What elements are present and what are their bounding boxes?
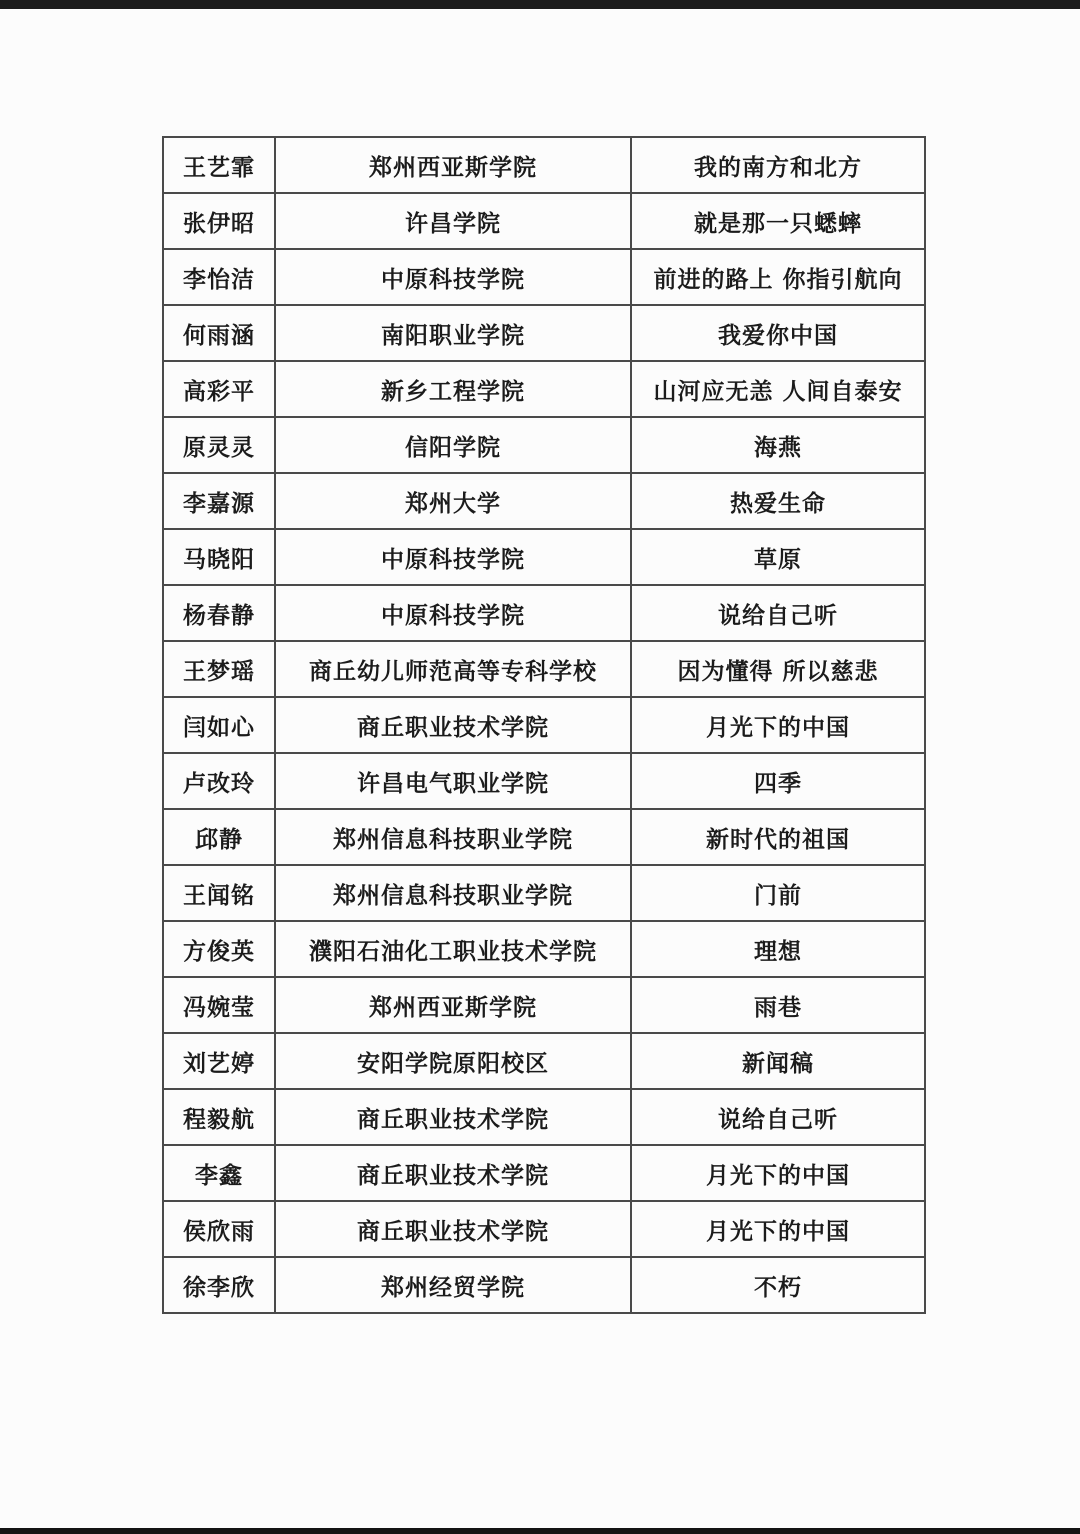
table-row: 高彩平新乡工程学院山河应无恙 人间自泰安: [163, 361, 925, 417]
cell-school: 郑州信息科技职业学院: [275, 809, 631, 865]
cell-contestant-name: 李怡洁: [163, 249, 275, 305]
cell-work-title: 就是那一只蟋蟀: [631, 193, 925, 249]
cell-contestant-name: 杨春静: [163, 585, 275, 641]
table-row: 李鑫商丘职业技术学院月光下的中国: [163, 1145, 925, 1201]
cell-work-title: 四季: [631, 753, 925, 809]
cell-work-title: 不朽: [631, 1257, 925, 1313]
cell-school: 新乡工程学院: [275, 361, 631, 417]
cell-work-title: 新时代的祖国: [631, 809, 925, 865]
cell-contestant-name: 张伊昭: [163, 193, 275, 249]
cell-work-title: 因为懂得 所以慈悲: [631, 641, 925, 697]
cell-contestant-name: 方俊英: [163, 921, 275, 977]
table-row: 王闻铭郑州信息科技职业学院门前: [163, 865, 925, 921]
cell-school: 南阳职业学院: [275, 305, 631, 361]
table-row: 原灵灵信阳学院海燕: [163, 417, 925, 473]
table-row: 邱静郑州信息科技职业学院新时代的祖国: [163, 809, 925, 865]
cell-school: 郑州经贸学院: [275, 1257, 631, 1313]
cell-contestant-name: 马晓阳: [163, 529, 275, 585]
cell-contestant-name: 王艺霏: [163, 137, 275, 193]
cell-school: 中原科技学院: [275, 585, 631, 641]
cell-school: 中原科技学院: [275, 529, 631, 585]
cell-contestant-name: 李嘉源: [163, 473, 275, 529]
cell-contestant-name: 冯婉莹: [163, 977, 275, 1033]
table-row: 李怡洁中原科技学院前进的路上 你指引航向: [163, 249, 925, 305]
cell-work-title: 草原: [631, 529, 925, 585]
cell-school: 许昌学院: [275, 193, 631, 249]
cell-contestant-name: 程毅航: [163, 1089, 275, 1145]
cell-contestant-name: 原灵灵: [163, 417, 275, 473]
cell-school: 商丘幼儿师范高等专科学校: [275, 641, 631, 697]
table-row: 卢改玲许昌电气职业学院四季: [163, 753, 925, 809]
cell-school: 郑州大学: [275, 473, 631, 529]
cell-school: 许昌电气职业学院: [275, 753, 631, 809]
cell-school: 郑州西亚斯学院: [275, 977, 631, 1033]
cell-work-title: 我的南方和北方: [631, 137, 925, 193]
cell-contestant-name: 侯欣雨: [163, 1201, 275, 1257]
document-page: 王艺霏郑州西亚斯学院我的南方和北方张伊昭许昌学院就是那一只蟋蟀李怡洁中原科技学院…: [0, 0, 1080, 1534]
cell-school: 商丘职业技术学院: [275, 1145, 631, 1201]
cell-work-title: 海燕: [631, 417, 925, 473]
cell-contestant-name: 邱静: [163, 809, 275, 865]
cell-work-title: 山河应无恙 人间自泰安: [631, 361, 925, 417]
cell-school: 濮阳石油化工职业技术学院: [275, 921, 631, 977]
bottom-letterbox-bar: [0, 1528, 1080, 1534]
cell-contestant-name: 高彩平: [163, 361, 275, 417]
cell-contestant-name: 何雨涵: [163, 305, 275, 361]
table-row: 马晓阳中原科技学院草原: [163, 529, 925, 585]
cell-contestant-name: 闫如心: [163, 697, 275, 753]
cell-school: 商丘职业技术学院: [275, 1201, 631, 1257]
roster-table-body: 王艺霏郑州西亚斯学院我的南方和北方张伊昭许昌学院就是那一只蟋蟀李怡洁中原科技学院…: [163, 137, 925, 1313]
cell-school: 商丘职业技术学院: [275, 1089, 631, 1145]
roster-table: 王艺霏郑州西亚斯学院我的南方和北方张伊昭许昌学院就是那一只蟋蟀李怡洁中原科技学院…: [162, 136, 926, 1314]
table-row: 王梦瑶商丘幼儿师范高等专科学校因为懂得 所以慈悲: [163, 641, 925, 697]
table-row: 侯欣雨商丘职业技术学院月光下的中国: [163, 1201, 925, 1257]
cell-contestant-name: 卢改玲: [163, 753, 275, 809]
cell-school: 郑州西亚斯学院: [275, 137, 631, 193]
cell-contestant-name: 王闻铭: [163, 865, 275, 921]
cell-work-title: 我爱你中国: [631, 305, 925, 361]
table-row: 王艺霏郑州西亚斯学院我的南方和北方: [163, 137, 925, 193]
top-letterbox-bar: [0, 0, 1080, 9]
table-row: 冯婉莹郑州西亚斯学院雨巷: [163, 977, 925, 1033]
table-row: 杨春静中原科技学院说给自己听: [163, 585, 925, 641]
table-row: 程毅航商丘职业技术学院说给自己听: [163, 1089, 925, 1145]
cell-work-title: 门前: [631, 865, 925, 921]
cell-work-title: 理想: [631, 921, 925, 977]
table-row: 李嘉源郑州大学热爱生命: [163, 473, 925, 529]
cell-school: 安阳学院原阳校区: [275, 1033, 631, 1089]
cell-work-title: 说给自己听: [631, 1089, 925, 1145]
cell-work-title: 新闻稿: [631, 1033, 925, 1089]
cell-school: 郑州信息科技职业学院: [275, 865, 631, 921]
table-row: 徐李欣郑州经贸学院不朽: [163, 1257, 925, 1313]
table-row: 何雨涵南阳职业学院我爱你中国: [163, 305, 925, 361]
cell-work-title: 月光下的中国: [631, 697, 925, 753]
cell-school: 商丘职业技术学院: [275, 697, 631, 753]
cell-work-title: 前进的路上 你指引航向: [631, 249, 925, 305]
cell-school: 中原科技学院: [275, 249, 631, 305]
table-row: 张伊昭许昌学院就是那一只蟋蟀: [163, 193, 925, 249]
cell-contestant-name: 徐李欣: [163, 1257, 275, 1313]
cell-school: 信阳学院: [275, 417, 631, 473]
cell-work-title: 月光下的中国: [631, 1145, 925, 1201]
cell-work-title: 说给自己听: [631, 585, 925, 641]
cell-contestant-name: 王梦瑶: [163, 641, 275, 697]
cell-work-title: 月光下的中国: [631, 1201, 925, 1257]
cell-work-title: 热爱生命: [631, 473, 925, 529]
cell-contestant-name: 李鑫: [163, 1145, 275, 1201]
cell-contestant-name: 刘艺婷: [163, 1033, 275, 1089]
table-row: 方俊英濮阳石油化工职业技术学院理想: [163, 921, 925, 977]
table-row: 闫如心商丘职业技术学院月光下的中国: [163, 697, 925, 753]
table-row: 刘艺婷安阳学院原阳校区新闻稿: [163, 1033, 925, 1089]
cell-work-title: 雨巷: [631, 977, 925, 1033]
